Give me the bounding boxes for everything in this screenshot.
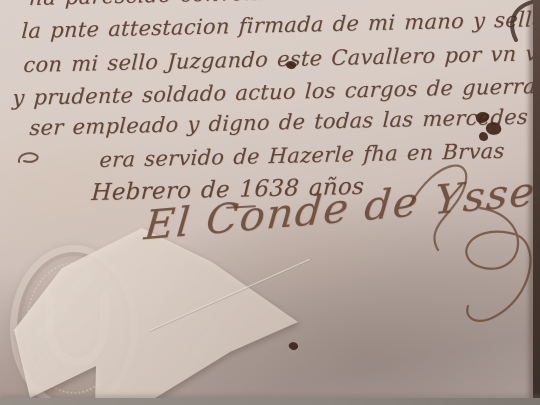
signature-flourish (388, 150, 538, 335)
ink-blot (479, 132, 488, 141)
manuscript-photo: ha parescido convenir al servicio de su … (0, 0, 540, 405)
photo-bottom-edge (0, 398, 540, 405)
photo-right-edge-shadow (533, 0, 540, 405)
